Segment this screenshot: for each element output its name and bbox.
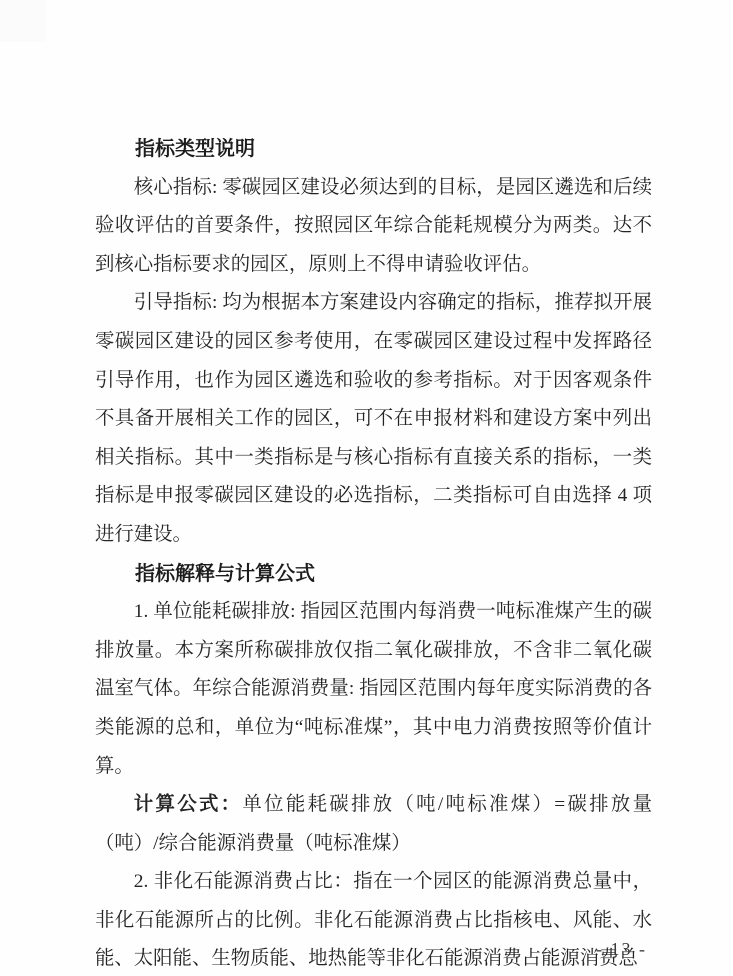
- text-run: 计算公式：: [134, 794, 243, 815]
- text-run: 核心指标: 零碳园区建设必须达到的目标，是园区遴选和后续验收评估的首要条件，按照…: [95, 177, 652, 275]
- paragraph: 引导指标: 均为根据本方案建设内容确定的指标，推荐拟开展零碳园区建设的园区参考使…: [95, 284, 652, 554]
- section-heading: 指标类型说明: [95, 130, 652, 169]
- document-page: { "page": { "number_label": "- 13 -" }, …: [0, 0, 733, 976]
- paragraph: 1. 单位能耗碳排放: 指园区范围内每消费一吨标准煤产生的碳排放量。本方案所称碳…: [95, 593, 652, 786]
- scan-corner-artifact: [0, 0, 46, 42]
- page-number: - 13 -: [0, 939, 647, 960]
- text-run: 引导指标: 均为根据本方案建设内容确定的指标，推荐拟开展零碳园区建设的园区参考使…: [95, 292, 652, 545]
- text-run: 指标类型说明: [135, 138, 255, 160]
- text-run: 1. 单位能耗碳排放: 指园区范围内每消费一吨标准煤产生的碳排放量。本方案所称碳…: [95, 601, 652, 776]
- paragraph: 计算公式：单位能耗碳排放（吨/吨标准煤）=碳排放量（吨）/综合能源消费量（吨标准…: [95, 786, 652, 863]
- document-body: 指标类型说明核心指标: 零碳园区建设必须达到的目标，是园区遴选和后续验收评估的首…: [95, 130, 652, 976]
- paragraph: 核心指标: 零碳园区建设必须达到的目标，是园区遴选和后续验收评估的首要条件，按照…: [95, 169, 652, 285]
- section-heading: 指标解释与计算公式: [95, 555, 652, 594]
- text-run: 指标解释与计算公式: [135, 563, 315, 585]
